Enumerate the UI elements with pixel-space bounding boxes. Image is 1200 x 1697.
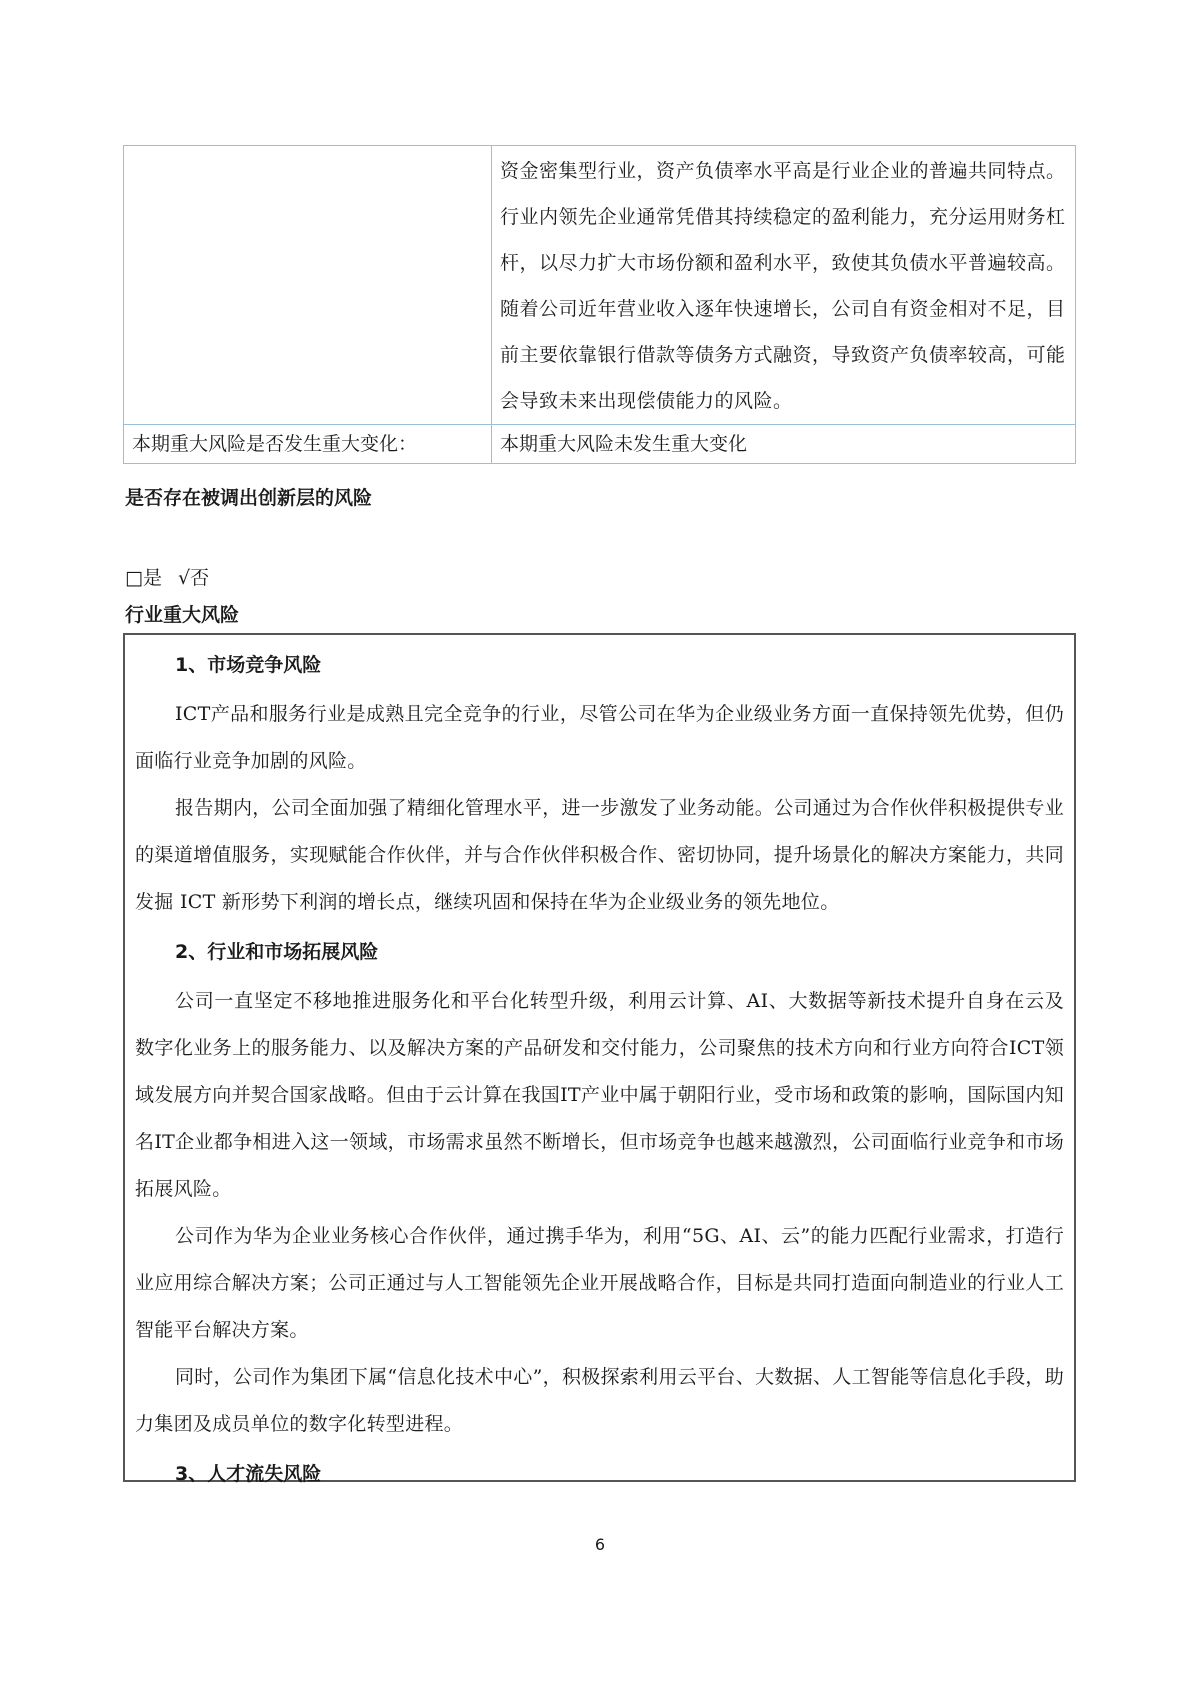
paragraph: 报告期内，公司全面加强了精细化管理水平，进一步激发了业务动能。公司通过为合作伙伴… [135, 785, 1064, 926]
section-title: 3、人才流失风险 [135, 1448, 1064, 1500]
paragraph: ICT产品和服务行业是成熟且完全竞争的行业，尽管公司在华为企业级业务方面一直保持… [135, 691, 1064, 785]
table-row: 本期重大风险是否发生重大变化： 本期重大风险未发生重大变化 [124, 425, 1076, 464]
table-cell-label: 本期重大风险是否发生重大变化： [124, 425, 492, 464]
innovation-risk-heading: 是否存在被调出创新层的风险 [125, 483, 372, 510]
option-no: √否 [178, 567, 209, 589]
paragraph: 同时，公司作为集团下属“信息化技术中心”，积极探索利用云平台、大数据、人工智能等… [135, 1354, 1064, 1448]
table-cell-label [124, 146, 492, 425]
table-cell-value: 本期重大风险未发生重大变化 [492, 425, 1076, 464]
industry-risk-heading: 行业重大风险 [125, 600, 239, 627]
table-cell-value: 资金密集型行业，资产负债率水平高是行业企业的普遍共同特点。行业内领先企业通常凭借… [492, 146, 1076, 425]
page-number: 6 [0, 1535, 1200, 1554]
paragraph: 公司作为华为企业业务核心合作伙伴，通过携手华为，利用“5G、AI、云”的能力匹配… [135, 1213, 1064, 1354]
innovation-risk-options: □是 √否 [125, 563, 209, 590]
industry-risk-box: 1、市场竞争风险 ICT产品和服务行业是成熟且完全竞争的行业，尽管公司在华为企业… [123, 633, 1076, 1482]
debt-risk-text: 资金密集型行业，资产负债率水平高是行业企业的普遍共同特点。行业内领先企业通常凭借… [500, 146, 1067, 424]
table-row: 资金密集型行业，资产负债率水平高是行业企业的普遍共同特点。行业内领先企业通常凭借… [124, 146, 1076, 425]
option-yes: □是 [125, 567, 162, 589]
paragraph: 公司一直坚定不移地推进服务化和平台化转型升级，利用云计算、AI、大数据等新技术提… [135, 978, 1064, 1213]
section-title: 2、行业和市场拓展风险 [135, 926, 1064, 978]
risk-table: 资金密集型行业，资产负债率水平高是行业企业的普遍共同特点。行业内领先企业通常凭借… [123, 145, 1076, 464]
section-title: 1、市场竞争风险 [135, 639, 1064, 691]
